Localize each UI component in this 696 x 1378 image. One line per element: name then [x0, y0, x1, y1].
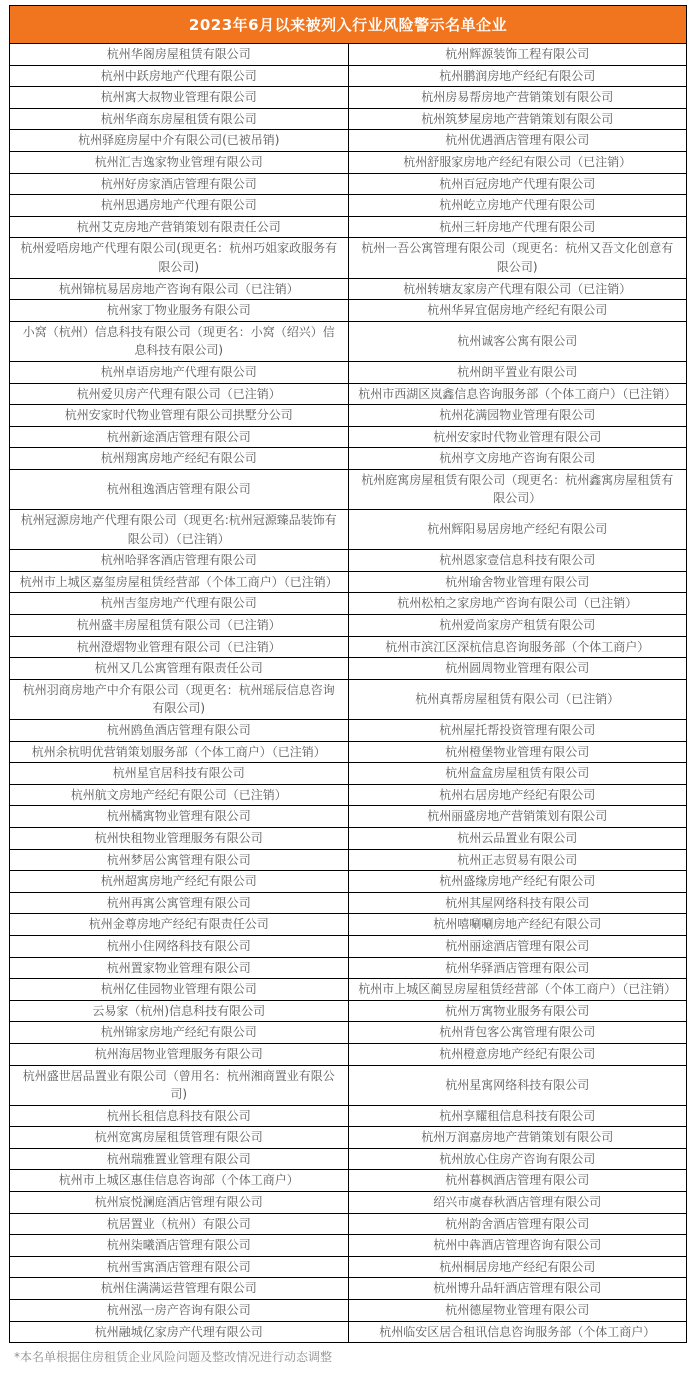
company-cell: 杭州羽商房地产中介有限公司（现更名：杭州瑶辰信息咨询有限公司): [10, 679, 349, 719]
table-row: 杭州租逸酒店管理有限公司杭州庭寓房屋租赁有限公司（现更名：杭州鑫寓房屋租赁有限公…: [10, 469, 687, 509]
company-cell: 杭州锦家房地产经纪有限公司: [10, 1022, 349, 1044]
company-cell: 杭州爱唔房地产代理有限公司(现更名：杭州巧姐家政服务有限公司): [10, 238, 349, 278]
company-cell: 杭州盒盒房屋租赁有限公司: [348, 763, 687, 785]
company-cell: 杭州小住网络科技有限公司: [10, 935, 349, 957]
company-cell: 杭州宽寓房屋租赁管理有限公司: [10, 1127, 349, 1149]
company-cell: 杭州亨文房地产咨询有限公司: [348, 448, 687, 470]
company-cell: 杭州宸悦澜庭酒店管理有限公司: [10, 1192, 349, 1214]
company-cell: 杭州余杭明优营销策划服务部（个体工商户）（已注销）: [10, 741, 349, 763]
company-cell: 杭州朗平置业有限公司: [348, 361, 687, 383]
company-cell: 杭州一吾公寓管理有限公司（现更名：杭州又吾文化创意有限公司): [348, 238, 687, 278]
table-row: 杭州汇吉逸家物业管理有限公司杭州舒服家房地产经纪有限公司（已注销）: [10, 151, 687, 173]
table-row: 杭州再寓公寓管理有限公司杭州其屋网络科技有限公司: [10, 892, 687, 914]
company-cell: 杭州亿佳园物业管理有限公司: [10, 979, 349, 1001]
table-row: 杭州羽商房地产中介有限公司（现更名：杭州瑶辰信息咨询有限公司)杭州真帮房屋租赁有…: [10, 679, 687, 719]
company-cell: 杭州瑞雅置业管理有限公司: [10, 1148, 349, 1170]
company-cell: 杭州寓大叔物业管理有限公司: [10, 87, 349, 109]
table-row: 杭州融城亿家房产代理有限公司杭州临安区居合租讯信息咨询服务部（个体工商户）: [10, 1321, 687, 1343]
company-cell: 杭州房易帮房地产营销策划有限公司: [348, 87, 687, 109]
company-cell: 杭州华昇宜倨房地产经纪有限公司: [348, 300, 687, 322]
table-row: 杭州盛丰房屋租赁有限公司（已注销）杭州爱尚家房产租赁有限公司: [10, 615, 687, 637]
table-row: 杭州亿佳园物业管理有限公司杭州市上城区蔺昱房屋租赁经营部（个体工商户）（已注销）: [10, 979, 687, 1001]
table-row: 杭州置家物业管理有限公司杭州华驿酒店管理有限公司: [10, 957, 687, 979]
company-cell: 杭州享耀租信息科技有限公司: [348, 1105, 687, 1127]
company-cell: 杭州新途酒店管理有限公司: [10, 426, 349, 448]
company-cell: 杭居置业（杭州）有限公司: [10, 1213, 349, 1235]
company-cell: 杭州辉源装饰工程有限公司: [348, 44, 687, 66]
company-cell: 杭州好房家酒店管理有限公司: [10, 173, 349, 195]
company-cell: 杭州翔寓房地产经纪有限公司: [10, 448, 349, 470]
company-cell: 杭州万润嘉房地产营销策划有限公司: [348, 1127, 687, 1149]
table-row: 杭州吉玺房地产代理有限公司杭州松柏之家房地产咨询有限公司（已注销）: [10, 593, 687, 615]
company-cell: 杭州恩家壹信息科技有限公司: [348, 550, 687, 572]
table-row: 杭州锦家房地产经纪有限公司杭州背包客公寓管理有限公司: [10, 1022, 687, 1044]
company-cell: 杭州百冠房地产代理有限公司: [348, 173, 687, 195]
company-cell: 杭州橙堡物业管理有限公司: [348, 741, 687, 763]
company-cell: 杭州舒服家房地产经纪有限公司（已注销）: [348, 151, 687, 173]
table-row: 杭州爱唔房地产代理有限公司(现更名：杭州巧姐家政服务有限公司)杭州一吾公寓管理有…: [10, 238, 687, 278]
company-cell: 云易家（杭州)信息科技有限公司: [10, 1000, 349, 1022]
company-cell: 杭州德屋物业管理有限公司: [348, 1300, 687, 1322]
company-cell: 杭州汇吉逸家物业管理有限公司: [10, 151, 349, 173]
company-cell: 杭州云品置业有限公司: [348, 827, 687, 849]
company-cell: 杭州思遇房地产代理有限公司: [10, 195, 349, 217]
company-cell: 杭州放心住房产咨询有限公司: [348, 1148, 687, 1170]
company-cell: 小窝（杭州）信息科技有限公司（现更名：小窝（绍兴）信息科技有限公司): [10, 321, 349, 361]
company-cell: 杭州市上城区嘉玺房屋租赁经营部（个体工商户）（已注销）: [10, 571, 349, 593]
table-row: 杭州中跃房地产代理有限公司杭州鹏润房地产经纪有限公司: [10, 65, 687, 87]
table-row: 杭州爱贝房产代理有限公司（已注销）杭州市西湖区岚鑫信息咨询服务部（个体工商户）（…: [10, 383, 687, 405]
company-cell: 杭州吉玺房地产代理有限公司: [10, 593, 349, 615]
company-cell: 杭州融城亿家房产代理有限公司: [10, 1321, 349, 1343]
table-row: 杭州星官居科技有限公司杭州盒盒房屋租赁有限公司: [10, 763, 687, 785]
company-cell: 杭州临安区居合租讯信息咨询服务部（个体工商户）: [348, 1321, 687, 1343]
company-cell: 杭州鹏润房地产经纪有限公司: [348, 65, 687, 87]
company-cell: 杭州橙意房地产经纪有限公司: [348, 1043, 687, 1065]
table-row: 杭州航文房地产经纪有限公司（已注销）杭州右居房地产经纪有限公司: [10, 784, 687, 806]
table-row: 杭州柒曦酒店管理有限公司杭州中犇酒店管理咨询有限公司: [10, 1235, 687, 1257]
company-cell: 杭州筑梦屋房地产营销策划有限公司: [348, 108, 687, 130]
company-cell: 杭州盛世居品置业有限公司（曾用名：杭州湘商置业有限公司): [10, 1065, 349, 1105]
table-row: 杭州泓一房产咨询有限公司杭州德屋物业管理有限公司: [10, 1300, 687, 1322]
table-row: 杭州冠源房地产代理有限公司（现更名:杭州冠源臻品装饰有限公司）（已注销）杭州辉阳…: [10, 510, 687, 550]
company-cell: 杭州航文房地产经纪有限公司（已注销）: [10, 784, 349, 806]
company-cell: 杭州超寓房地产经纪有限公司: [10, 871, 349, 893]
company-cell: 杭州橘寓物业管理有限公司: [10, 806, 349, 828]
company-cell: 杭州金尊房地产经纪有限责任公司: [10, 914, 349, 936]
table-row: 杭州驿庭房屋中介有限公司(已被吊销)杭州优遇酒店管理有限公司: [10, 130, 687, 152]
table-row: 杭州寓大叔物业管理有限公司杭州房易帮房地产营销策划有限公司: [10, 87, 687, 109]
company-cell: 杭州瑜舍物业管理有限公司: [348, 571, 687, 593]
company-cell: 杭州辉阳易居房地产经纪有限公司: [348, 510, 687, 550]
company-cell: 杭州真帮房屋租赁有限公司（已注销）: [348, 679, 687, 719]
company-cell: 杭州市滨江区深杭信息咨询服务部（个体工商户）: [348, 636, 687, 658]
table-row: 杭州橘寓物业管理有限公司杭州丽盛房地产营销策划有限公司: [10, 806, 687, 828]
table-row: 杭州华阁房屋租赁有限公司杭州辉源装饰工程有限公司: [10, 44, 687, 66]
company-cell: 杭州爱贝房产代理有限公司（已注销）: [10, 383, 349, 405]
company-cell: 杭州哈驿客酒店管理有限公司: [10, 550, 349, 572]
company-table-head: 2023年6月以来被列入行业风险警示名单企业: [10, 6, 687, 44]
table-row: 杭州艾克房地产营销策划有限责任公司杭州三轩房地产代理有限公司: [10, 216, 687, 238]
table-row: 杭州新途酒店管理有限公司杭州安家时代物业管理有限公司: [10, 426, 687, 448]
company-cell: 杭州华阁房屋租赁有限公司: [10, 44, 349, 66]
table-row: 杭州海居物业管理服务有限公司杭州橙意房地产经纪有限公司: [10, 1043, 687, 1065]
company-cell: 杭州雪寓酒店管理有限公司: [10, 1256, 349, 1278]
company-cell: 杭州丽盛房地产营销策划有限公司: [348, 806, 687, 828]
table-row: 小窝（杭州）信息科技有限公司（现更名：小窝（绍兴）信息科技有限公司)杭州诚客公寓…: [10, 321, 687, 361]
company-cell: 杭州安家时代物业管理有限公司: [348, 426, 687, 448]
company-cell: 杭州泓一房产咨询有限公司: [10, 1300, 349, 1322]
company-cell: 杭州桐居房地产经纪有限公司: [348, 1256, 687, 1278]
company-cell: 杭州诚客公寓有限公司: [348, 321, 687, 361]
table-row: 杭州思遇房地产代理有限公司杭州屹立房地产代理有限公司: [10, 195, 687, 217]
company-cell: 杭州爱尚家房产租赁有限公司: [348, 615, 687, 637]
company-cell: 杭州再寓公寓管理有限公司: [10, 892, 349, 914]
table-row: 杭州瑞雅置业管理有限公司杭州放心住房产咨询有限公司: [10, 1148, 687, 1170]
company-cell: 杭州长租信息科技有限公司: [10, 1105, 349, 1127]
table-row: 杭州又几公寓管理有限责任公司杭州圆周物业管理有限公司: [10, 658, 687, 680]
company-cell: 杭州卓语房地产代理有限公司: [10, 361, 349, 383]
risk-list-document: 2023年6月以来被列入行业风险警示名单企业 杭州华阁房屋租赁有限公司杭州辉源装…: [0, 0, 696, 1366]
company-cell: 杭州正志贸易有限公司: [348, 849, 687, 871]
company-cell: 杭州安家时代物业管理有限公司拱墅分公司: [10, 405, 349, 427]
table-row: 杭居置业（杭州）有限公司杭州韵舍酒店管理有限公司: [10, 1213, 687, 1235]
company-cell: 杭州右居房地产经纪有限公司: [348, 784, 687, 806]
company-cell: 杭州华驿酒店管理有限公司: [348, 957, 687, 979]
company-cell: 杭州韵舍酒店管理有限公司: [348, 1213, 687, 1235]
company-cell: 杭州海居物业管理服务有限公司: [10, 1043, 349, 1065]
company-cell: 杭州博升品轩酒店管理有限公司: [348, 1278, 687, 1300]
company-cell: 杭州屋托帮投资管理有限公司: [348, 720, 687, 742]
company-cell: 杭州暮枫酒店管理有限公司: [348, 1170, 687, 1192]
table-row: 杭州长租信息科技有限公司杭州享耀租信息科技有限公司: [10, 1105, 687, 1127]
company-cell: 杭州租逸酒店管理有限公司: [10, 469, 349, 509]
table-row: 杭州梦居公寓管理有限公司杭州正志贸易有限公司: [10, 849, 687, 871]
company-cell: 杭州柒曦酒店管理有限公司: [10, 1235, 349, 1257]
table-row: 杭州小住网络科技有限公司杭州丽途酒店管理有限公司: [10, 935, 687, 957]
company-cell: 杭州置家物业管理有限公司: [10, 957, 349, 979]
table-row: 杭州金尊房地产经纪有限责任公司杭州嘻唰唰房地产经纪有限公司: [10, 914, 687, 936]
company-cell: 绍兴市虞春秋酒店管理有限公司: [348, 1192, 687, 1214]
company-cell: 杭州华商东房屋租赁有限公司: [10, 108, 349, 130]
table-row: 杭州雪寓酒店管理有限公司杭州桐居房地产经纪有限公司: [10, 1256, 687, 1278]
table-row: 杭州市上城区嘉玺房屋租赁经营部（个体工商户）（已注销）杭州瑜舍物业管理有限公司: [10, 571, 687, 593]
table-row: 杭州卓语房地产代理有限公司杭州朗平置业有限公司: [10, 361, 687, 383]
table-row: 杭州翔寓房地产经纪有限公司杭州亨文房地产咨询有限公司: [10, 448, 687, 470]
company-cell: 杭州澄熠物业管理有限公司（已注销）: [10, 636, 349, 658]
company-cell: 杭州鸥鱼酒店管理有限公司: [10, 720, 349, 742]
company-cell: 杭州快租物业管理服务有限公司: [10, 827, 349, 849]
table-row: 杭州锦杭易居房地产咨询有限公司（已注销）杭州转塘友家房产代理有限公司（已注销）: [10, 278, 687, 300]
company-table-body: 杭州华阁房屋租赁有限公司杭州辉源装饰工程有限公司杭州中跃房地产代理有限公司杭州鹏…: [10, 44, 687, 1343]
company-cell: 杭州盛缘房地产经纪有限公司: [348, 871, 687, 893]
table-row: 云易家（杭州)信息科技有限公司杭州万寓物业服务有限公司: [10, 1000, 687, 1022]
company-cell: 杭州盛丰房屋租赁有限公司（已注销）: [10, 615, 349, 637]
footnote: *本名单根据住房租赁企业风险问题及整改情况进行动态调整: [9, 1343, 687, 1366]
company-cell: 杭州锦杭易居房地产咨询有限公司（已注销）: [10, 278, 349, 300]
company-cell: 杭州市上城区蔺昱房屋租赁经营部（个体工商户）（已注销）: [348, 979, 687, 1001]
company-cell: 杭州梦居公寓管理有限公司: [10, 849, 349, 871]
table-row: 杭州哈驿客酒店管理有限公司杭州恩家壹信息科技有限公司: [10, 550, 687, 572]
company-cell: 杭州冠源房地产代理有限公司（现更名:杭州冠源臻品装饰有限公司）（已注销）: [10, 510, 349, 550]
company-cell: 杭州圆周物业管理有限公司: [348, 658, 687, 680]
company-cell: 杭州三轩房地产代理有限公司: [348, 216, 687, 238]
company-cell: 杭州市上城区惠佳信息咨询部（个体工商户）: [10, 1170, 349, 1192]
company-cell: 杭州住满满运营管理有限公司: [10, 1278, 349, 1300]
table-row: 杭州快租物业管理服务有限公司杭州云品置业有限公司: [10, 827, 687, 849]
company-cell: 杭州艾克房地产营销策划有限责任公司: [10, 216, 349, 238]
page-title: 2023年6月以来被列入行业风险警示名单企业: [10, 6, 687, 44]
company-table: 2023年6月以来被列入行业风险警示名单企业 杭州华阁房屋租赁有限公司杭州辉源装…: [9, 5, 687, 1343]
company-cell: 杭州其屋网络科技有限公司: [348, 892, 687, 914]
company-cell: 杭州中犇酒店管理咨询有限公司: [348, 1235, 687, 1257]
company-cell: 杭州丽途酒店管理有限公司: [348, 935, 687, 957]
company-cell: 杭州又几公寓管理有限责任公司: [10, 658, 349, 680]
company-cell: 杭州松柏之家房地产咨询有限公司（已注销）: [348, 593, 687, 615]
company-cell: 杭州中跃房地产代理有限公司: [10, 65, 349, 87]
table-row: 杭州鸥鱼酒店管理有限公司杭州屋托帮投资管理有限公司: [10, 720, 687, 742]
table-row: 杭州华商东房屋租赁有限公司杭州筑梦屋房地产营销策划有限公司: [10, 108, 687, 130]
company-cell: 杭州庭寓房屋租赁有限公司（现更名：杭州鑫寓房屋租赁有限公司）: [348, 469, 687, 509]
company-cell: 杭州花满园物业管理有限公司: [348, 405, 687, 427]
company-cell: 杭州驿庭房屋中介有限公司(已被吊销): [10, 130, 349, 152]
table-row: 杭州盛世居品置业有限公司（曾用名：杭州湘商置业有限公司)杭州星寓网络科技有限公司: [10, 1065, 687, 1105]
table-row: 杭州宽寓房屋租赁管理有限公司杭州万润嘉房地产营销策划有限公司: [10, 1127, 687, 1149]
company-cell: 杭州星寓网络科技有限公司: [348, 1065, 687, 1105]
company-cell: 杭州市西湖区岚鑫信息咨询服务部（个体工商户）（已注销）: [348, 383, 687, 405]
title-row: 2023年6月以来被列入行业风险警示名单企业: [10, 6, 687, 44]
table-row: 杭州超寓房地产经纪有限公司杭州盛缘房地产经纪有限公司: [10, 871, 687, 893]
company-cell: 杭州万寓物业服务有限公司: [348, 1000, 687, 1022]
table-row: 杭州余杭明优营销策划服务部（个体工商户）（已注销）杭州橙堡物业管理有限公司: [10, 741, 687, 763]
table-row: 杭州宸悦澜庭酒店管理有限公司绍兴市虞春秋酒店管理有限公司: [10, 1192, 687, 1214]
table-row: 杭州市上城区惠佳信息咨询部（个体工商户）杭州暮枫酒店管理有限公司: [10, 1170, 687, 1192]
company-cell: 杭州背包客公寓管理有限公司: [348, 1022, 687, 1044]
company-cell: 杭州嘻唰唰房地产经纪有限公司: [348, 914, 687, 936]
company-cell: 杭州屹立房地产代理有限公司: [348, 195, 687, 217]
company-cell: 杭州优遇酒店管理有限公司: [348, 130, 687, 152]
company-cell: 杭州家丁物业服务有限公司: [10, 300, 349, 322]
table-row: 杭州澄熠物业管理有限公司（已注销）杭州市滨江区深杭信息咨询服务部（个体工商户）: [10, 636, 687, 658]
table-row: 杭州安家时代物业管理有限公司拱墅分公司杭州花满园物业管理有限公司: [10, 405, 687, 427]
table-row: 杭州家丁物业服务有限公司杭州华昇宜倨房地产经纪有限公司: [10, 300, 687, 322]
table-row: 杭州住满满运营管理有限公司杭州博升品轩酒店管理有限公司: [10, 1278, 687, 1300]
company-cell: 杭州转塘友家房产代理有限公司（已注销）: [348, 278, 687, 300]
table-row: 杭州好房家酒店管理有限公司杭州百冠房地产代理有限公司: [10, 173, 687, 195]
company-cell: 杭州星官居科技有限公司: [10, 763, 349, 785]
